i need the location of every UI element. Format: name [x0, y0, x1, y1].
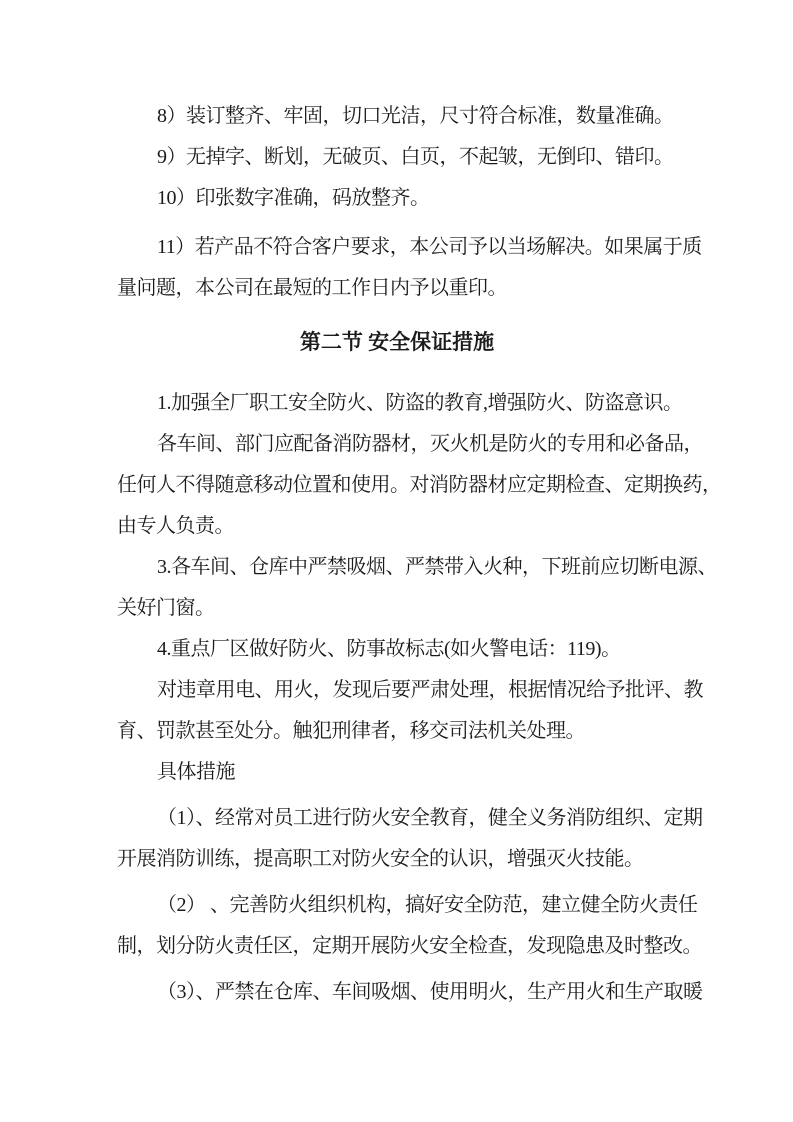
text-line: 具体措施 — [117, 752, 717, 793]
text-line: 各车间、部门应配备消防器材，灭火机是防火的专用和必备品， — [117, 424, 717, 465]
text-line: 3.各车间、仓库中严禁吸烟、严禁带入火种，下班前应切断电源、 — [117, 547, 717, 588]
text-line: （1）、经常对员工进行防火安全教育，健全义务消防组织、定期 — [117, 798, 717, 839]
text-line: 1.加强全厂职工安全防火、防盗的教育,增强防火、防盗意识。 — [117, 383, 717, 424]
text-line: 4.重点厂区做好防火、防事故标志(如火警电话：119)。 — [117, 629, 717, 670]
document-page: 8）装订整齐、牢固，切口光洁，尺寸符合标准，数量准确。9）无掉字、断划，无破页、… — [0, 0, 793, 1122]
text-line: （3）、严禁在仓库、车间吸烟、使用明火，生产用火和生产取暖 — [117, 972, 717, 1013]
text-line: 10）印张数字准确，码放整齐。 — [117, 178, 717, 219]
text-line: 8）装订整齐、牢固，切口光洁，尺寸符合标准，数量准确。 — [117, 96, 717, 137]
text-line: 开展消防训练，提高职工对防火安全的认识，增强灭火技能。 — [117, 839, 717, 880]
text-line: （2） 、完善防火组织机构，搞好安全防范，建立健全防火责任 — [117, 885, 717, 926]
text-line: 11）若产品不符合客户要求，本公司予以当场解决。如果属于质 — [117, 227, 717, 268]
document-content: 8）装订整齐、牢固，切口光洁，尺寸符合标准，数量准确。9）无掉字、断划，无破页、… — [117, 96, 717, 1013]
text-line: 由专人负责。 — [117, 506, 717, 547]
section-heading: 第二节 安全保证措施 — [117, 327, 677, 357]
text-line: 量问题，本公司在最短的工作日内予以重印。 — [117, 268, 717, 309]
text-line: 制，划分防火责任区，定期开展防火安全检查，发现隐患及时整改。 — [117, 926, 717, 967]
text-line: 关好门窗。 — [117, 588, 717, 629]
text-line: 9）无掉字、断划，无破页、白页，不起皱，无倒印、错印。 — [117, 137, 717, 178]
text-line: 任何人不得随意移动位置和使用。对消防器材应定期检查、定期换药， — [117, 465, 717, 506]
text-line: 对违章用电、用火，发现后要严肃处理，根据情况给予批评、教 — [117, 670, 717, 711]
text-line: 育、罚款甚至处分。触犯刑律者，移交司法机关处理。 — [117, 711, 717, 752]
